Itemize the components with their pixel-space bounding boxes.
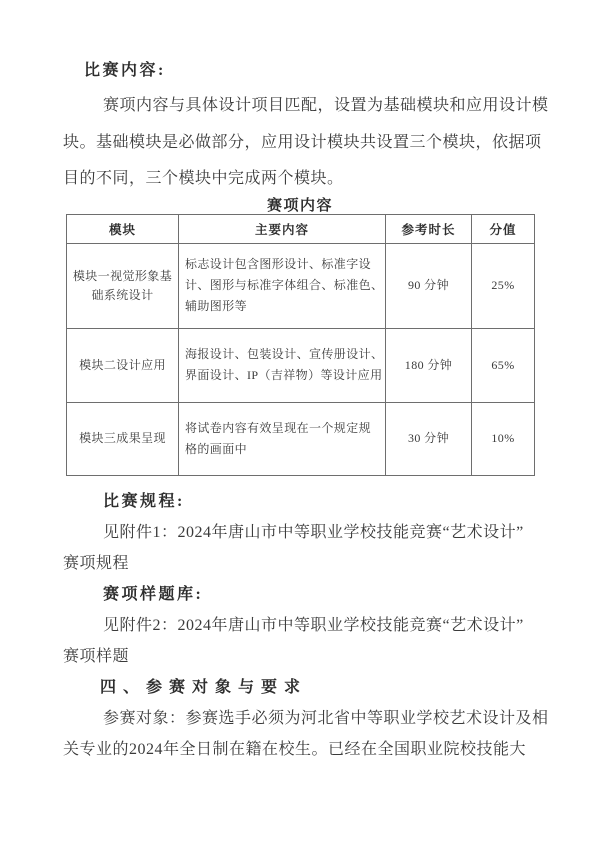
heading-competition-content: 比赛内容:: [84, 59, 600, 83]
cell-line: 将试卷内容有效呈现在一个规定规: [185, 418, 382, 439]
content-table: 模块 主要内容 参考时长 分值 模块一视觉形象基础系统设计标志设计包含图形设计、…: [66, 214, 535, 476]
heading-participants-requirements: 四、参赛对象与要求: [63, 672, 600, 703]
cell-line: 计、图形与标准字体组合、标准色、: [185, 275, 382, 296]
duration-cell: 90 分钟: [386, 243, 472, 328]
document-page: 比赛内容: 赛项内容与具体设计项目匹配，设置为基础模块和应用设计模块。基础模块是…: [0, 0, 600, 848]
rules-attachment-lines: 见附件1：2024年唐山市中等职业学校技能竞赛“艺术设计”赛项规程: [63, 517, 600, 579]
col-header-content: 主要内容: [179, 214, 386, 243]
text-line: 见附件1：2024年唐山市中等职业学校技能竞赛“艺术设计”: [63, 517, 600, 548]
module-cell: 模块二设计应用: [67, 328, 179, 402]
score-cell: 65%: [472, 328, 535, 402]
text-line: 参赛对象：参赛选手必须为河北省中等职业学校艺术设计及相: [63, 703, 600, 734]
table-row: 模块二设计应用海报设计、包装设计、宣传册设计、界面设计、IP（吉祥物）等设计应用…: [67, 328, 535, 402]
cell-line: 模块二设计应用: [67, 356, 178, 375]
text-line: 赛项规程: [63, 548, 600, 579]
text-line: 赛项样题: [63, 641, 600, 672]
cell-line: 辅助图形等: [185, 296, 382, 317]
cell-line: 标志设计包含图形设计、标准字设: [185, 254, 382, 275]
text-line: 关专业的2024年全日制在籍在校生。已经在全国职业院校技能大: [63, 734, 600, 765]
cell-line: 模块一视觉形象基: [67, 267, 178, 286]
text-line: 目的不同，三个模块中完成两个模块。: [63, 161, 600, 198]
cell-line: 90 分钟: [386, 275, 471, 296]
text-line: 块。基础模块是必做部分，应用设计模块共设置三个模块，依据项: [63, 125, 600, 162]
participants-paragraph-lines: 参赛对象：参赛选手必须为河北省中等职业学校艺术设计及相关专业的2024年全日制在…: [63, 703, 600, 765]
sections-after-table: 比赛规程: 见附件1：2024年唐山市中等职业学校技能竞赛“艺术设计”赛项规程 …: [63, 486, 600, 765]
table-row: 模块三成果呈现将试卷内容有效呈现在一个规定规格的画面中30 分钟10%: [67, 402, 535, 475]
score-cell: 10%: [472, 402, 535, 475]
cell-line: 格的画面中: [185, 439, 382, 460]
cell-line: 模块三成果呈现: [67, 429, 178, 448]
cell-line: 础系统设计: [67, 286, 178, 305]
col-header-score: 分值: [472, 214, 535, 243]
cell-line: 10%: [472, 428, 534, 449]
duration-cell: 30 分钟: [386, 402, 472, 475]
module-cell: 模块一视觉形象基础系统设计: [67, 243, 179, 328]
content-cell: 标志设计包含图形设计、标准字设计、图形与标准字体组合、标准色、辅助图形等: [179, 243, 386, 328]
table-row: 模块一视觉形象基础系统设计标志设计包含图形设计、标准字设计、图形与标准字体组合、…: [67, 243, 535, 328]
cell-line: 180 分钟: [386, 355, 471, 376]
sample-attachment-lines: 见附件2：2024年唐山市中等职业学校技能竞赛“艺术设计”赛项样题: [63, 610, 600, 672]
intro-paragraph: 赛项内容与具体设计项目匹配，设置为基础模块和应用设计模块。基础模块是必做部分，应…: [63, 88, 600, 198]
text-line: 赛项内容与具体设计项目匹配，设置为基础模块和应用设计模: [63, 88, 600, 125]
cell-line: 30 分钟: [386, 428, 471, 449]
col-header-duration: 参考时长: [386, 214, 472, 243]
cell-line: 界面设计、IP（吉祥物）等设计应用: [185, 365, 382, 386]
text-line: 见附件2：2024年唐山市中等职业学校技能竞赛“艺术设计”: [63, 610, 600, 641]
cell-line: 海报设计、包装设计、宣传册设计、: [185, 344, 382, 365]
table-title: 赛项内容: [66, 198, 534, 214]
heading-competition-rules: 比赛规程:: [63, 486, 600, 517]
module-cell: 模块三成果呈现: [67, 402, 179, 475]
duration-cell: 180 分钟: [386, 328, 472, 402]
heading-sample-question-bank: 赛项样题库:: [63, 579, 600, 610]
table-body: 模块一视觉形象基础系统设计标志设计包含图形设计、标准字设计、图形与标准字体组合、…: [67, 243, 535, 475]
col-header-module: 模块: [67, 214, 179, 243]
cell-line: 25%: [472, 275, 534, 296]
cell-line: 65%: [472, 355, 534, 376]
table-header-row: 模块 主要内容 参考时长 分值: [67, 214, 535, 243]
content-cell: 将试卷内容有效呈现在一个规定规格的画面中: [179, 402, 386, 475]
content-cell: 海报设计、包装设计、宣传册设计、界面设计、IP（吉祥物）等设计应用: [179, 328, 386, 402]
score-cell: 25%: [472, 243, 535, 328]
